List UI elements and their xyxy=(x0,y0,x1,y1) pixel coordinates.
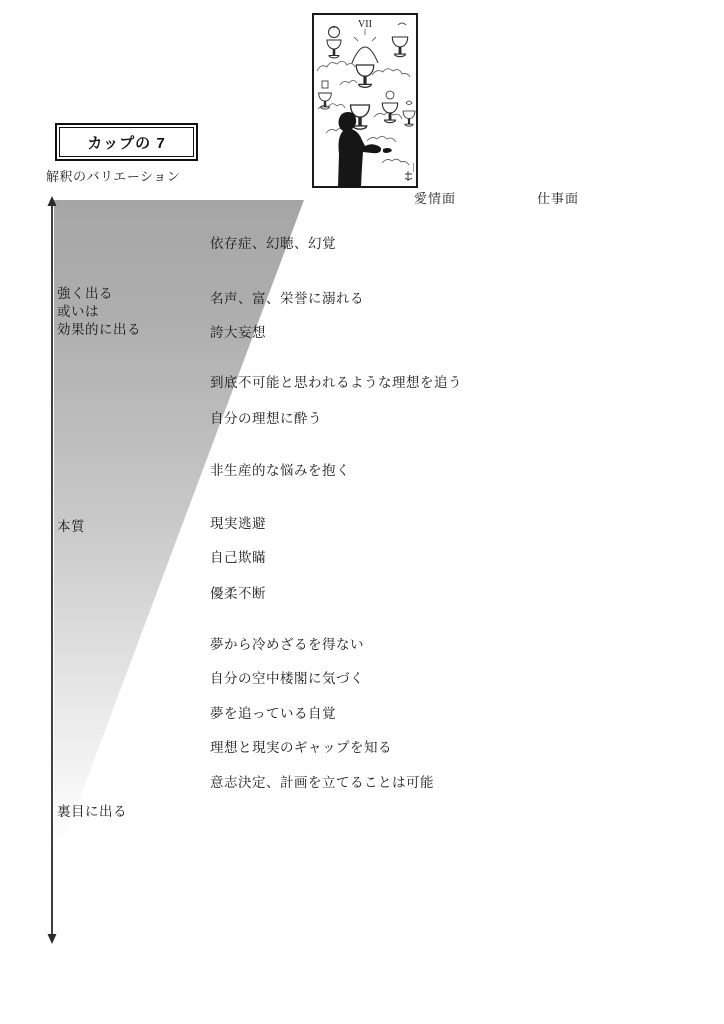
axis-label-strong-line1: 強く出る xyxy=(57,285,141,303)
tarot-card-art: VII xyxy=(312,13,418,188)
subtitle: 解釈のバリエーション xyxy=(46,166,180,185)
tarot-interpretation-page: VII xyxy=(0,0,724,1024)
interpretation-item: 名声、富、栄誉に溺れる xyxy=(210,287,364,307)
interpretation-item: 依存症、幻聴、幻覚 xyxy=(210,232,336,252)
axis-label-strong-line2: 或いは xyxy=(57,303,141,321)
column-header-love: 愛情面 xyxy=(414,188,456,207)
card-numeral: VII xyxy=(358,19,372,30)
interpretation-item: 夢を追っている自覚 xyxy=(210,702,336,722)
interpretation-item: 理想と現実のギャップを知る xyxy=(210,736,392,756)
interpretation-item: 誇大妄想 xyxy=(210,321,266,341)
page-title: カップの 7 xyxy=(59,127,194,157)
interpretation-item: 到底不可能と思われるような理想を追う xyxy=(210,371,462,391)
interpretation-item: 自分の理想に酔う xyxy=(210,407,322,427)
column-header-work: 仕事面 xyxy=(537,188,579,207)
axis-label-essence: 本質 xyxy=(57,518,85,536)
interpretation-item: 意志決定、計画を立てることは可能 xyxy=(210,771,434,791)
interpretation-item: 自分の空中楼閣に気づく xyxy=(210,667,364,687)
seven-of-cups-card-image: VII xyxy=(312,13,418,188)
card-title-box: カップの 7 xyxy=(55,123,198,161)
interpretation-item: 現実逃避 xyxy=(210,512,266,532)
axis-label-strong-line3: 効果的に出る xyxy=(57,321,141,339)
axis-label-strong: 強く出る 或いは 効果的に出る xyxy=(57,285,141,339)
interpretation-item: 非生産的な悩みを抱く xyxy=(210,459,350,479)
interpretation-item: 自己欺瞞 xyxy=(210,546,266,566)
interpretation-item: 優柔不断 xyxy=(210,582,266,602)
axis-label-reversed: 裏目に出る xyxy=(57,803,127,821)
interpretation-item: 夢から冷めざるを得ない xyxy=(210,633,364,653)
